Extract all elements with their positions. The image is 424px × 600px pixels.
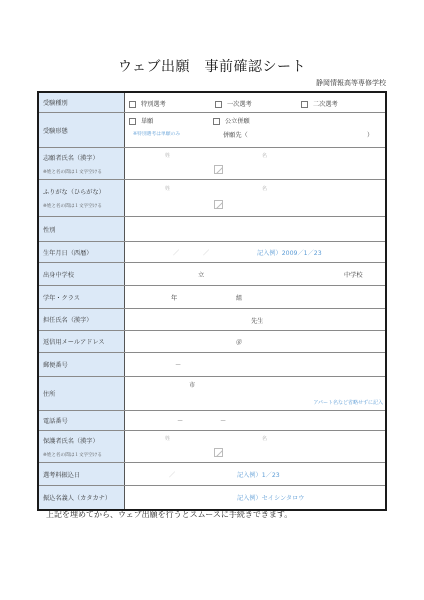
checkbox-icon [129, 118, 136, 125]
label-exam-type: 受験種別 [39, 93, 125, 112]
payer-name-field[interactable]: 記入例）セイシンタロウ [125, 486, 385, 509]
placeholder-icon [214, 200, 223, 209]
footer-note: 上記を埋めてから、ウェブ出願を行うとスムースに手続きできます。 [46, 509, 292, 520]
phone-field[interactable]: － － [125, 411, 385, 430]
row-junior-high: 出身中学校 立 中学校 [39, 263, 385, 286]
row-address: 住所 市 アパート名など省略せずに記入 [39, 377, 385, 411]
row-payment-date: 選考料振込日 ／ 記入例）1／23 [39, 463, 385, 486]
row-birth: 生年月日（西暦） ／ ／ 記入例）2009／1／23 [39, 242, 385, 263]
school-name: 静岡情報高等専修学校 [316, 78, 386, 88]
name-kanji-field[interactable]: 姓 名 [125, 148, 385, 179]
row-phone: 電話番号 － － [39, 411, 385, 431]
page-title: ウェブ出願 事前確認シート [0, 56, 424, 76]
guardian-field[interactable]: 姓 名 [125, 431, 385, 462]
confirmation-sheet: 受験種別 特別選考 一次選考 二次選考 受験形態 単願 公立併願 ※特別選考は単… [37, 91, 387, 511]
checkbox-icon [129, 101, 136, 108]
junior-high-field[interactable]: 立 中学校 [125, 263, 385, 285]
row-teacher: 担任氏名（漢字） 先生 [39, 309, 385, 331]
name-kana-field[interactable]: 姓 名 [125, 180, 385, 216]
postal-field[interactable]: － [125, 353, 385, 376]
email-field[interactable]: ＠ [125, 331, 385, 352]
row-postal: 郵便番号 － [39, 353, 385, 377]
checkbox-first[interactable]: 一次選考 [215, 99, 252, 108]
special-note: ※特別選考は単願のみ [133, 130, 180, 137]
placeholder-icon [214, 165, 223, 174]
heigan-field[interactable]: 併願先（ [223, 130, 248, 139]
birth-field[interactable]: ／ ／ 記入例）2009／1／23 [125, 242, 385, 262]
grade-class-field[interactable]: 年 組 [125, 286, 385, 308]
row-exam-form: 受験形態 単願 公立併願 ※特別選考は単願のみ 併願先（ ） [39, 113, 385, 148]
checkbox-tangan[interactable]: 単願 [129, 116, 153, 125]
row-name-kana: ふりがな（ひらがな）※姓と名の間は１文字空ける 姓 名 [39, 180, 385, 217]
payment-date-field[interactable]: ／ 記入例）1／23 [125, 463, 385, 485]
checkbox-second[interactable]: 二次選考 [301, 99, 338, 108]
checkbox-icon [301, 101, 308, 108]
label-exam-form: 受験形態 [43, 126, 120, 135]
checkbox-icon [215, 101, 222, 108]
placeholder-icon [214, 448, 223, 457]
row-guardian: 保護者氏名（漢字）※姓と名の間は１文字空ける 姓 名 [39, 431, 385, 463]
gender-field[interactable] [125, 217, 385, 241]
checkbox-special[interactable]: 特別選考 [129, 99, 166, 108]
address-field[interactable]: 市 アパート名など省略せずに記入 [125, 377, 385, 410]
teacher-field[interactable]: 先生 [125, 309, 385, 330]
row-email: 返信用メールアドレス ＠ [39, 331, 385, 353]
row-payer-name: 振込名義人（カタカナ） 記入例）セイシンタロウ [39, 486, 385, 509]
row-gender: 性別 [39, 217, 385, 242]
row-exam-type: 受験種別 特別選考 一次選考 二次選考 [39, 93, 385, 113]
checkbox-heigan[interactable]: 公立併願 [213, 116, 250, 125]
row-name-kanji: 志願者氏名（漢字）※姓と名の間は１文字空ける 姓 名 [39, 148, 385, 180]
row-grade-class: 学年・クラス 年 組 [39, 286, 385, 309]
checkbox-icon [213, 118, 220, 125]
